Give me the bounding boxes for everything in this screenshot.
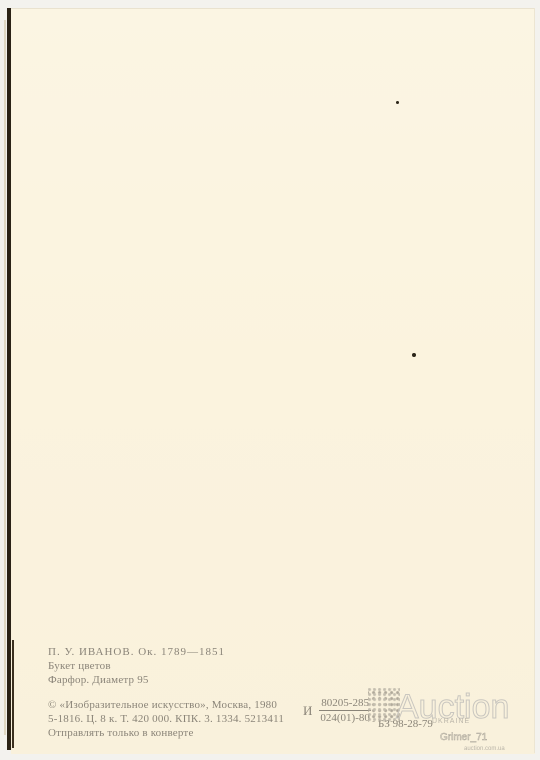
publisher-line: © «Изобразительное искусство», Москва, 1…: [48, 698, 284, 712]
watermark-country: UKRAINE: [432, 718, 470, 725]
artwork-caption: П. У. ИВАНОВ. Ок. 1789—1851 Букет цветов…: [48, 645, 225, 687]
artist-line: П. У. ИВАНОВ. Ок. 1789—1851: [48, 645, 225, 659]
index-denominator: 024(01)-80: [318, 711, 372, 724]
artwork-title: Букет цветов: [48, 659, 225, 673]
index-code: И 80205-285 024(01)-80: [303, 697, 372, 724]
paper-speck: [396, 101, 399, 104]
watermark-site: auction.com.ua: [464, 746, 505, 752]
index-numerator: 80205-285: [319, 697, 371, 711]
mailing-note: Отправлять только в конверте: [48, 726, 284, 740]
print-info: 5-1816. Ц. 8 к. Т. 420 000. КПК. 3. 1334…: [48, 712, 284, 726]
publisher-info: © «Изобразительное искусство», Москва, 1…: [48, 698, 284, 740]
postcard-back: [11, 8, 535, 754]
card-left-edge-shadow: [12, 640, 14, 748]
artwork-material: Фарфор. Диаметр 95: [48, 673, 225, 687]
card-right-edge: [534, 8, 535, 753]
index-letter: И: [303, 703, 312, 719]
card-stack-edge: [4, 20, 6, 735]
paper-speck: [412, 353, 416, 357]
watermark-seller: Grimer_71: [440, 732, 487, 743]
